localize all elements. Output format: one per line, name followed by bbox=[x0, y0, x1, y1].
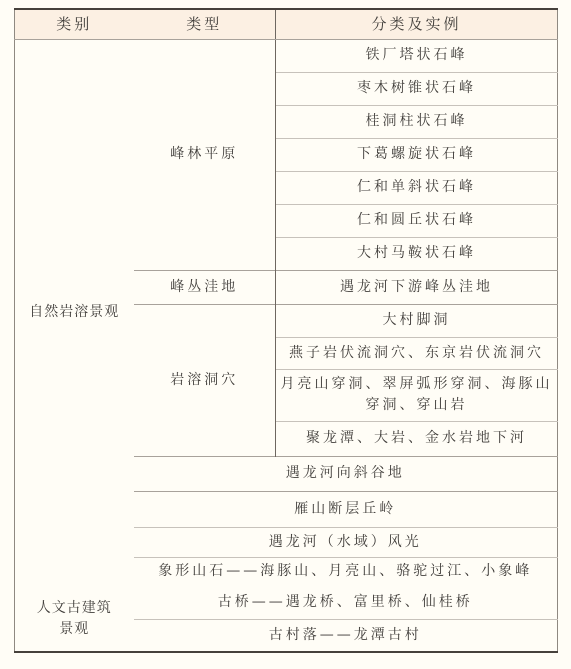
example-cell-wide: 古村落——龙潭古村 bbox=[134, 619, 558, 652]
category-cell-cultural-architecture: 人文古建筑 景观 bbox=[15, 586, 134, 652]
example-cell: 聚龙潭、大岩、金水岩地下河 bbox=[276, 421, 558, 456]
example-cell-wide: 遇龙河（水域）风光 bbox=[134, 527, 558, 557]
category-text: 景观 bbox=[25, 619, 124, 640]
example-cell: 大村脚洞 bbox=[276, 304, 558, 337]
example-cell-wide: 象形山石——海豚山、月亮山、骆驼过江、小象峰 bbox=[134, 557, 558, 586]
table-row: 自然岩溶景观 峰林平原 铁厂塔状石峰 bbox=[15, 39, 558, 72]
table-row: 人文古建筑 景观 古桥——遇龙桥、富里桥、仙桂桥 bbox=[15, 586, 558, 619]
example-cell: 大村马鞍状石峰 bbox=[276, 237, 558, 270]
type-cell-peak-cluster-depression: 峰丛洼地 bbox=[134, 270, 276, 304]
header-row: 类别 类型 分类及实例 bbox=[15, 9, 558, 39]
example-cell: 铁厂塔状石峰 bbox=[276, 39, 558, 72]
col-header-examples: 分类及实例 bbox=[276, 9, 558, 39]
example-cell: 仁和单斜状石峰 bbox=[276, 171, 558, 204]
landscape-classification-table: 类别 类型 分类及实例 自然岩溶景观 峰林平原 铁厂塔状石峰 枣木树锥状石峰 桂… bbox=[14, 8, 558, 653]
example-cell-wide: 遇龙河向斜谷地 bbox=[134, 456, 558, 491]
example-cell: 桂洞柱状石峰 bbox=[276, 105, 558, 138]
type-cell-peak-forest-plain: 峰林平原 bbox=[134, 39, 276, 270]
example-cell: 遇龙河下游峰丛洼地 bbox=[276, 270, 558, 304]
example-cell-wide: 雁山断层丘岭 bbox=[134, 491, 558, 527]
col-header-category: 类别 bbox=[15, 9, 134, 39]
col-header-type: 类型 bbox=[134, 9, 276, 39]
example-cell: 枣木树锥状石峰 bbox=[276, 72, 558, 105]
example-cell: 下葛螺旋状石峰 bbox=[276, 138, 558, 171]
page: 类别 类型 分类及实例 自然岩溶景观 峰林平原 铁厂塔状石峰 枣木树锥状石峰 桂… bbox=[0, 0, 571, 653]
example-cell: 燕子岩伏流洞穴、东京岩伏流洞穴 bbox=[276, 337, 558, 369]
category-cell-natural-karst: 自然岩溶景观 bbox=[15, 39, 134, 586]
example-cell: 仁和圆丘状石峰 bbox=[276, 204, 558, 237]
category-text: 自然岩溶景观 bbox=[25, 302, 124, 323]
type-cell-karst-caves: 岩溶洞穴 bbox=[134, 304, 276, 456]
example-cell-wide: 古桥——遇龙桥、富里桥、仙桂桥 bbox=[134, 586, 558, 619]
example-cell: 月亮山穿洞、翠屏弧形穿洞、海豚山穿洞、穿山岩 bbox=[276, 369, 558, 421]
category-text: 人文古建筑 bbox=[25, 598, 124, 619]
